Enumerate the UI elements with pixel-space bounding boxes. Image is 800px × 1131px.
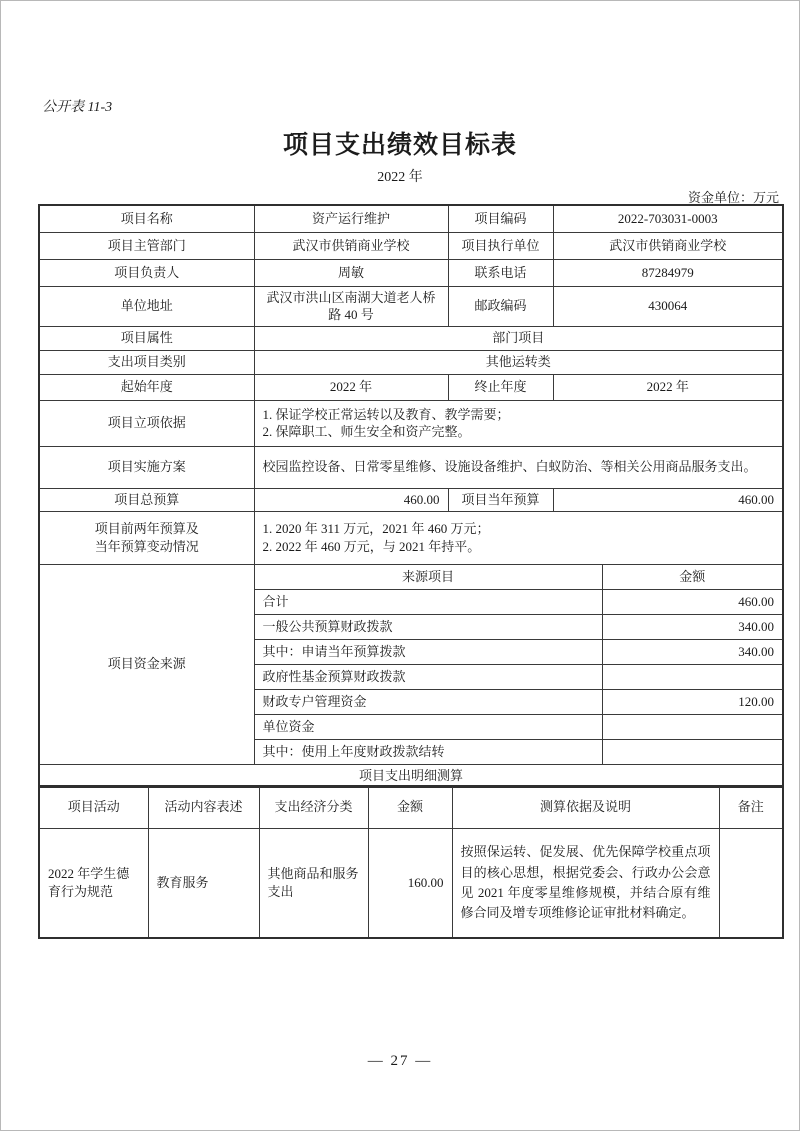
funding-section-label: 项目资金来源 [39, 564, 254, 764]
detail-amount: 160.00 [368, 828, 452, 938]
attribute-value: 部门项目 [254, 326, 783, 350]
funding-amount-header: 金额 [602, 564, 783, 589]
detail-content: 教育服务 [148, 828, 259, 938]
funding-amount-total: 460.00 [602, 589, 783, 614]
report-year: 2022 年 [1, 166, 799, 186]
funding-source-current-request: 其中：申请当年预算拨款 [254, 639, 602, 664]
detail-header-amount: 金额 [368, 786, 452, 828]
history-label: 项目前两年预算及 当年预算变动情况 [39, 511, 254, 564]
exec-unit-label: 项目执行单位 [448, 232, 553, 259]
funding-amount-unit-funds [602, 714, 783, 739]
detail-header-activity: 项目活动 [39, 786, 148, 828]
phone-label: 联系电话 [448, 259, 553, 286]
plan-value: 校园监控设备、日常零星维修、设施设备维护、白蚁防治、等相关公用商品服务支出。 [254, 446, 783, 488]
current-budget-value: 460.00 [553, 488, 783, 511]
phone-value: 87284979 [553, 259, 783, 286]
detail-header-note: 备注 [719, 786, 783, 828]
table-row: 项目总预算 460.00 项目当年预算 460.00 [39, 488, 783, 511]
table-row: 项目名称 资产运行维护 项目编码 2022-703031-0003 [39, 205, 783, 232]
category-value: 其他运转类 [254, 350, 783, 374]
detail-header-content: 活动内容表述 [148, 786, 259, 828]
table-row: 项目前两年预算及 当年预算变动情况 1. 2020 年 311 万元，2021 … [39, 511, 783, 564]
detail-header-basis: 测算依据及说明 [452, 786, 719, 828]
project-name-label: 项目名称 [39, 205, 254, 232]
history-value: 1. 2020 年 311 万元，2021 年 460 万元； 2. 2022 … [254, 511, 783, 564]
postcode-label: 邮政编码 [448, 286, 553, 326]
address-label: 单位地址 [39, 286, 254, 326]
total-budget-value: 460.00 [254, 488, 448, 511]
basis-label: 项目立项依据 [39, 400, 254, 446]
funding-source-total: 合计 [254, 589, 602, 614]
funding-source-unit-funds: 单位资金 [254, 714, 602, 739]
history-line-2: 2. 2022 年 460 万元，与 2021 年持平。 [263, 538, 775, 556]
category-label: 支出项目类别 [39, 350, 254, 374]
table-row: 起始年度 2022 年 终止年度 2022 年 [39, 374, 783, 400]
current-budget-label: 项目当年预算 [448, 488, 553, 511]
history-label-line-1: 项目前两年预算及 [48, 520, 246, 538]
detail-header-category: 支出经济分类 [259, 786, 368, 828]
history-line-1: 1. 2020 年 311 万元，2021 年 460 万元； [263, 520, 775, 538]
table-row: 支出项目类别 其他运转类 [39, 350, 783, 374]
project-code-label: 项目编码 [448, 205, 553, 232]
funding-source-general: 一般公共预算财政拨款 [254, 614, 602, 639]
table-row: 项目资金来源 来源项目 金额 [39, 564, 783, 589]
address-value: 武汉市洪山区南湖大道老人桥路 40 号 [254, 286, 448, 326]
basis-line-2: 2. 保障职工、师生安全和资产完整。 [263, 423, 775, 441]
form-number-label: 公开表 11-3 [42, 96, 112, 116]
document-page: 公开表 11-3 项目支出绩效目标表 2022 年 资金单位：万元 项目名称 资… [0, 0, 800, 1131]
dept-label: 项目主管部门 [39, 232, 254, 259]
funding-source-carryover: 其中：使用上年度财政拨款结转 [254, 739, 602, 764]
table-row: 项目负责人 周敏 联系电话 87284979 [39, 259, 783, 286]
start-year-label: 起始年度 [39, 374, 254, 400]
funding-amount-carryover [602, 739, 783, 764]
page-title: 项目支出绩效目标表 [1, 125, 799, 161]
table-row: 项目支出明细测算 [39, 764, 783, 787]
detail-category: 其他商品和服务支出 [259, 828, 368, 938]
detail-activity: 2022 年学生德育行为规范 [39, 828, 148, 938]
table-row: 项目立项依据 1. 保证学校正常运转以及教育、教学需要； 2. 保障职工、师生安… [39, 400, 783, 446]
funding-source-gov-fund: 政府性基金预算财政拨款 [254, 664, 602, 689]
exec-unit-value: 武汉市供销商业学校 [553, 232, 783, 259]
funding-amount-gov-fund [602, 664, 783, 689]
postcode-value: 430064 [553, 286, 783, 326]
history-label-line-2: 当年预算变动情况 [48, 538, 246, 556]
funding-amount-special-account: 120.00 [602, 689, 783, 714]
funding-amount-general: 340.00 [602, 614, 783, 639]
leader-value: 周敏 [254, 259, 448, 286]
end-year-label: 终止年度 [448, 374, 553, 400]
detail-data-row: 2022 年学生德育行为规范 教育服务 其他商品和服务支出 160.00 按照保… [39, 828, 783, 938]
project-name-value: 资产运行维护 [254, 205, 448, 232]
end-year-value: 2022 年 [553, 374, 783, 400]
basis-line-1: 1. 保证学校正常运转以及教育、教学需要； [263, 406, 775, 424]
page-number: — 27 — [1, 1053, 799, 1070]
leader-label: 项目负责人 [39, 259, 254, 286]
detail-header-row: 项目活动 活动内容表述 支出经济分类 金额 测算依据及说明 备注 [39, 786, 783, 828]
table-row: 项目属性 部门项目 [39, 326, 783, 350]
table-row: 项目主管部门 武汉市供销商业学校 项目执行单位 武汉市供销商业学校 [39, 232, 783, 259]
funding-source-special-account: 财政专户管理资金 [254, 689, 602, 714]
table-row: 单位地址 武汉市洪山区南湖大道老人桥路 40 号 邮政编码 430064 [39, 286, 783, 326]
basis-value: 1. 保证学校正常运转以及教育、教学需要； 2. 保障职工、师生安全和资产完整。 [254, 400, 783, 446]
total-budget-label: 项目总预算 [39, 488, 254, 511]
start-year-value: 2022 年 [254, 374, 448, 400]
detail-section-title: 项目支出明细测算 [39, 764, 783, 787]
attribute-label: 项目属性 [39, 326, 254, 350]
table-row: 项目实施方案 校园监控设备、日常零星维修、设施设备维护、白蚁防治、等相关公用商品… [39, 446, 783, 488]
plan-label: 项目实施方案 [39, 446, 254, 488]
funding-amount-current-request: 340.00 [602, 639, 783, 664]
project-info-table: 项目名称 资产运行维护 项目编码 2022-703031-0003 项目主管部门… [38, 204, 784, 788]
project-code-value: 2022-703031-0003 [553, 205, 783, 232]
dept-value: 武汉市供销商业学校 [254, 232, 448, 259]
detail-basis: 按照保运转、促发展、优先保障学校重点项目的核心思想，根据党委会、行政办公会意见 … [452, 828, 719, 938]
funding-source-header: 来源项目 [254, 564, 602, 589]
detail-note [719, 828, 783, 938]
expenditure-detail-table: 项目活动 活动内容表述 支出经济分类 金额 测算依据及说明 备注 2022 年学… [38, 785, 784, 939]
